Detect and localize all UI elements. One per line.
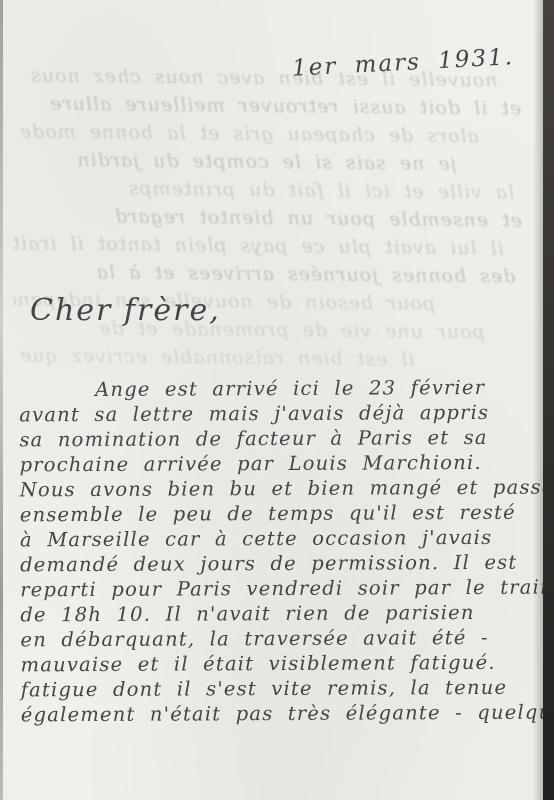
bleedthrough-line: il lui avait plu ce pays plein tantot il… <box>14 229 504 262</box>
letter-body-line: en débarquant, la traversée avait été - <box>20 625 540 653</box>
bleedthrough-line: je ne sais si le compte du jardin <box>14 145 456 178</box>
letter-body: Ange est arrivé ici le 23 févrieravant s… <box>19 375 541 728</box>
letter-body-line: mauvaise et il était visiblement fatigué… <box>21 650 541 678</box>
letter-page: nouvelle il est bien avec nous chez nous… <box>0 0 554 800</box>
letter-body-line: prochaine arrivée par Louis Marchioni. <box>19 450 539 478</box>
bleedthrough-line: alors de chapeau gris et la bonne mode <box>15 117 479 150</box>
bleedthrough-line: il est bien raisonnable ecrivez que <box>12 341 414 373</box>
scan-edge-right <box>543 0 554 800</box>
letter-body-line: ensemble le peu de temps qu'il est resté <box>20 500 540 528</box>
letter-body-line: avant sa lettre mais j'avais déjà appris <box>19 400 539 428</box>
scan-edge-shadow <box>533 0 543 800</box>
bleedthrough-line: des bonnes journées arrivees et à la <box>13 257 515 290</box>
letter-body-line: reparti pour Paris vendredi soir par le … <box>20 575 540 603</box>
bleedthrough-line: et il doit aussi retrouver meilleure all… <box>15 89 521 122</box>
letter-body-line: à Marseille car à cette occasion j'avais <box>20 525 540 553</box>
scan-edge-left <box>0 0 3 800</box>
letter-body-line: sa nomination de facteur à Paris et sa <box>19 425 539 453</box>
letter-body-line: de 18h 10. Il n'avait rien de parisien <box>20 600 540 628</box>
bleedthrough-line: la ville et ici il fait du printemps <box>14 173 514 206</box>
letter-body-line: Ange est arrivé ici le 23 février <box>19 375 539 403</box>
letter-body-line: fatigue dont il s'est vite remis, la ten… <box>21 675 541 703</box>
letter-body-line: demandé deux jours de permission. Il est <box>20 550 540 578</box>
letter-date: 1er mars 1931. <box>291 44 514 82</box>
letter-body-line: Nous avons bien bu et bien mangé et pass… <box>20 475 540 503</box>
bleedthrough-line: et ensemble pour un bientot regard <box>14 201 522 234</box>
letter-salutation: Cher frère, <box>30 293 221 328</box>
letter-body-line: également n'était pas très élégante - qu… <box>21 700 541 728</box>
